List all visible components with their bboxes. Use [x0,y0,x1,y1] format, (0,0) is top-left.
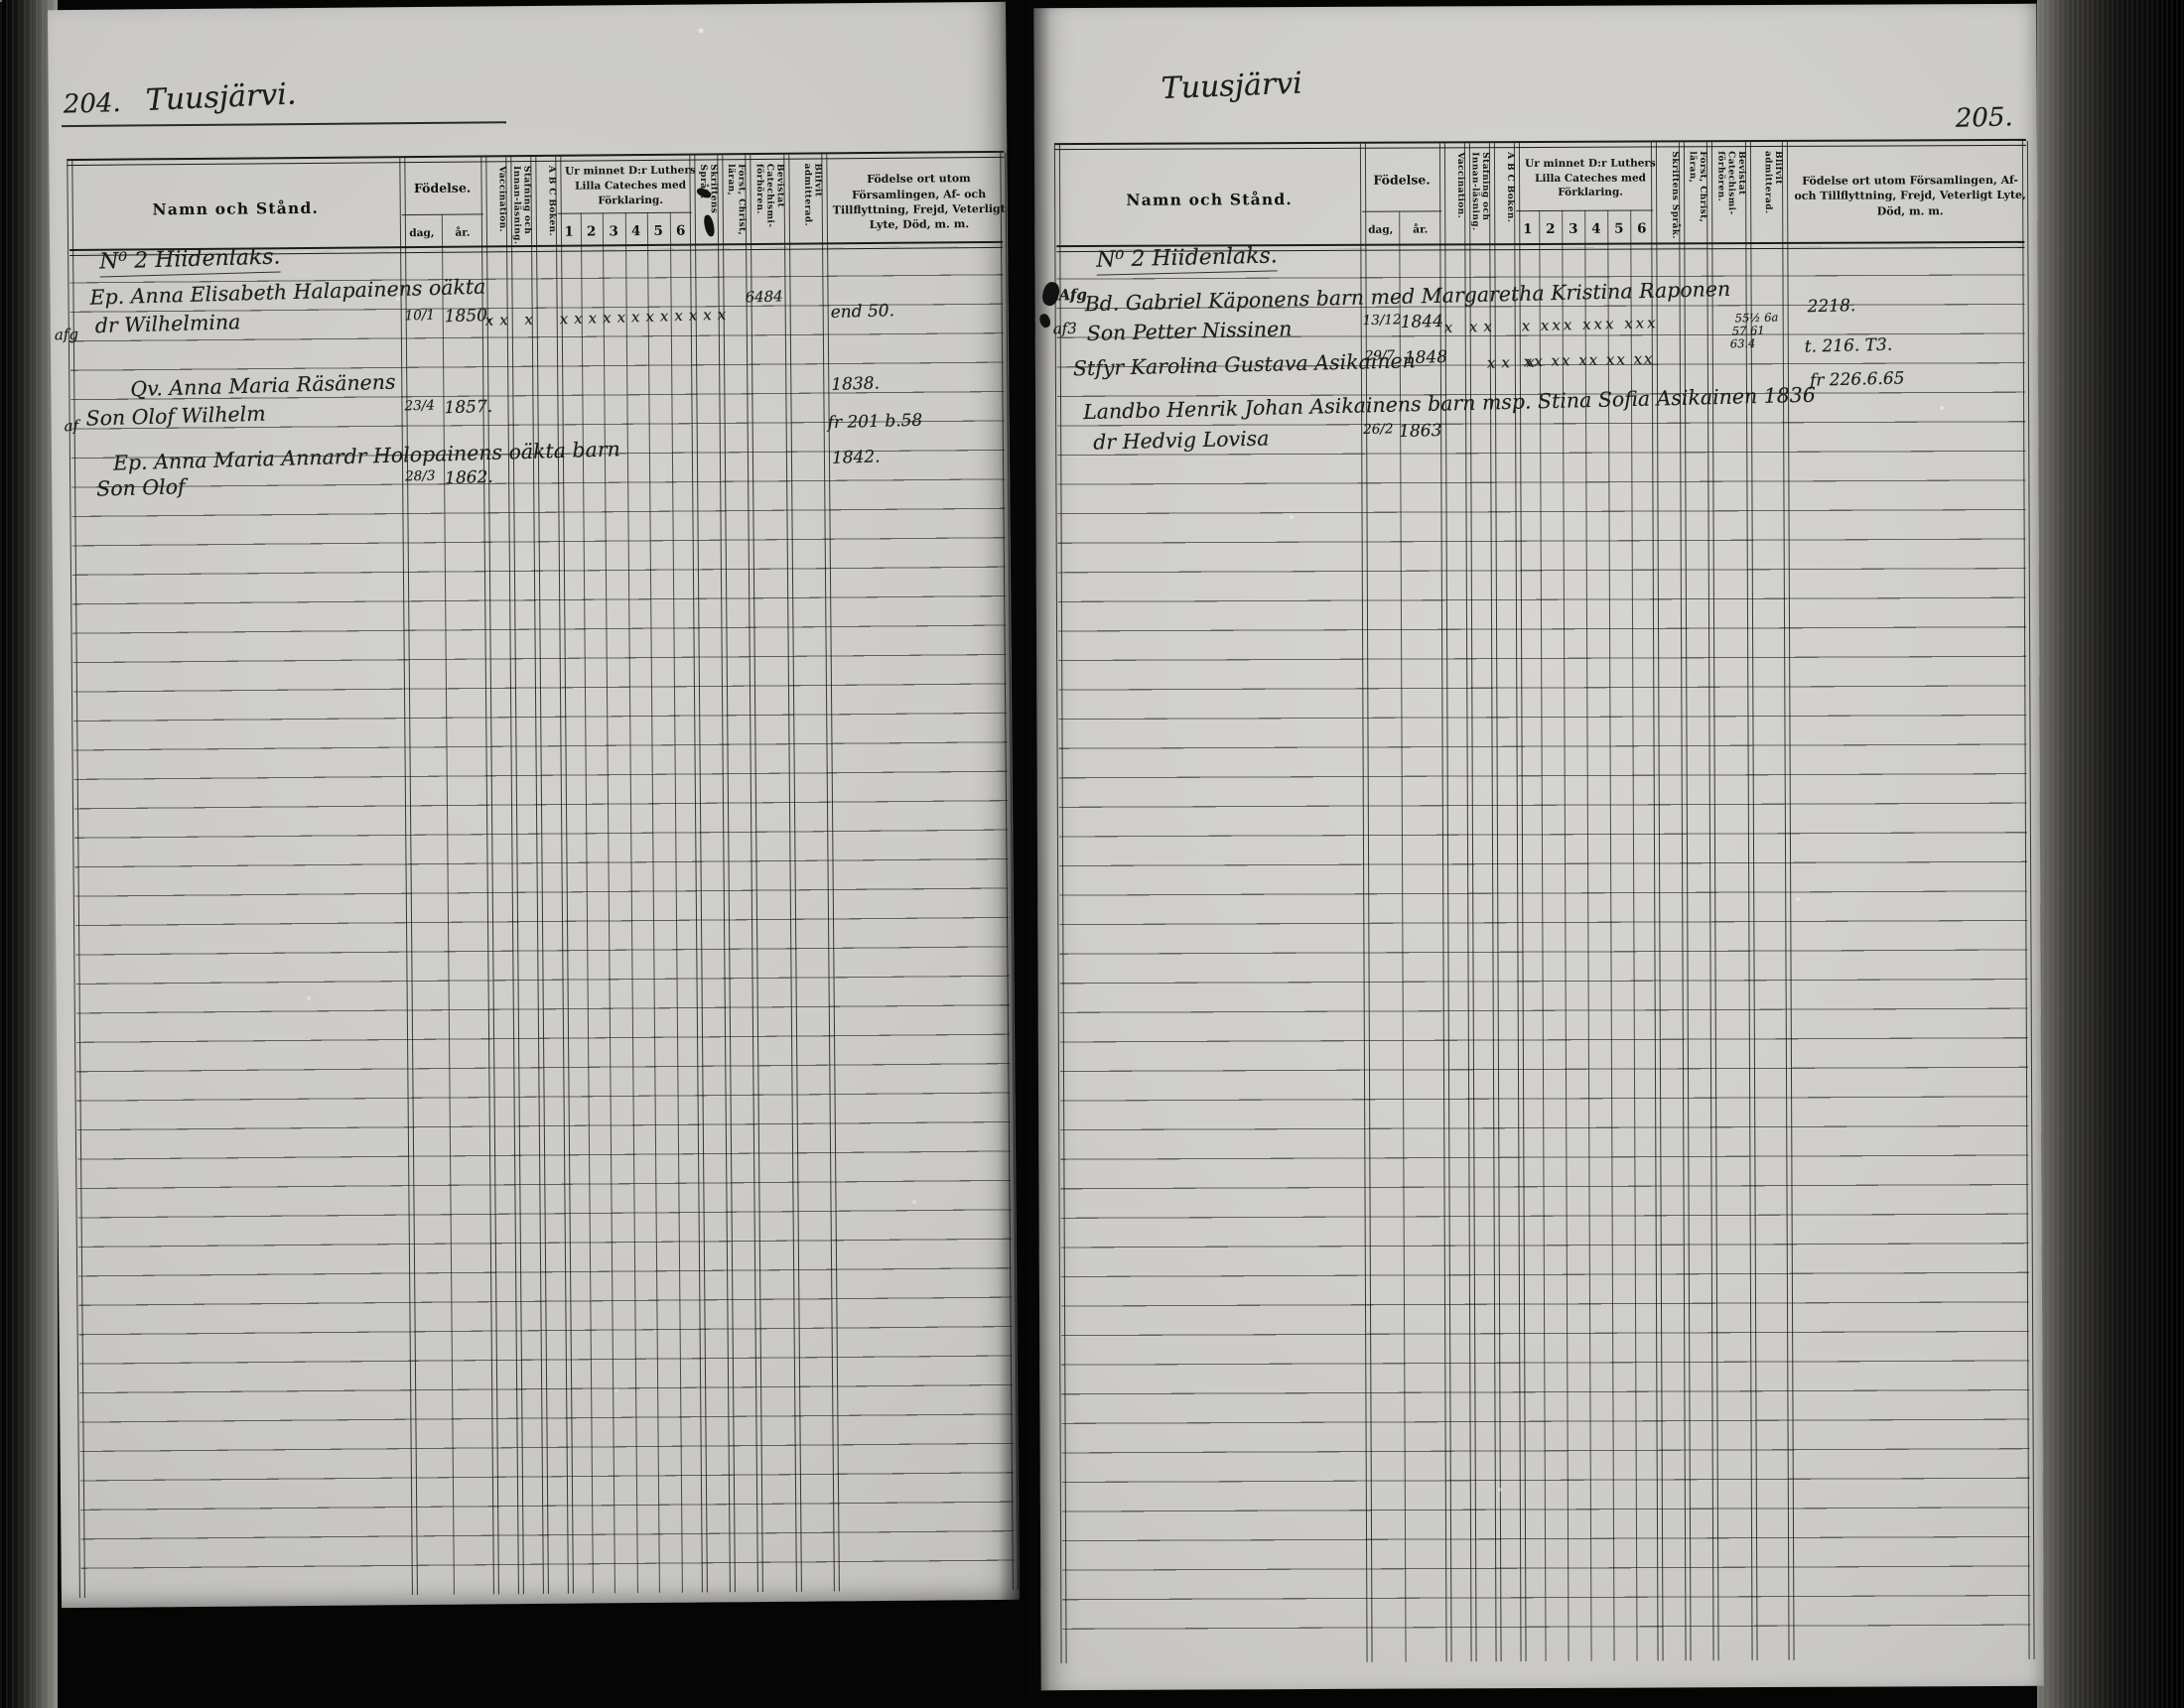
margin-mark: Afg [1058,286,1087,305]
entry-birth-day: 29/7 [1365,347,1396,364]
section-heading: N⁰ 2 Hiidenlaks. [1096,243,1278,275]
vaccination-marks: xx x [484,310,539,329]
col-header-catechism-6: 6 [1630,209,1653,247]
entry-birth-year: 1857. [444,397,492,418]
catechism-marks: x xxx xxx xxx [1522,314,1659,334]
col-header-catechism: Ur minnet D:r Luthers Lilla Cateches med… [1516,146,1665,210]
catechism-marks: xx xx xx xx xx [1524,349,1655,370]
col-header-vaccination: Vaccination. [1443,152,1465,243]
col-header-birth-year: år. [1399,210,1441,248]
left-page: 204. Tuusjärvi. N⁰ 2 Hiidenlaks. Ep. Ann… [48,2,1020,1608]
col-header-spelling: Stafning och Innan-läsning. [509,166,532,245]
col-header-catechism-5: 5 [1607,210,1630,248]
col-header-catechism-6: 6 [669,212,692,249]
margin-mark: af [64,417,78,435]
church-record-book-scan: 204. Tuusjärvi. N⁰ 2 Hiidenlaks. Ep. Ann… [0,0,2184,1708]
entry-name: Son Olof [96,474,186,500]
margin-mark: afg [55,326,79,344]
col-header-catechism-5: 5 [647,212,670,249]
col-header-birth: Födelse. [1362,147,1441,210]
col-header-birth-day: dag, [1362,211,1399,249]
margin-mark: af3 [1053,320,1077,338]
col-header-birthplace: Födelse ort utom Församlingen, Af- och T… [1784,145,2036,247]
col-header-catechism-3: 3 [1562,210,1584,248]
entry-birth-year: 1863 [1399,421,1442,442]
col-header-scripture: Skriftens Språk. [1655,151,1680,242]
book-right-edge [2037,0,2184,1708]
col-header-birthplace: Födelse ort utom Församlingen, Af- och T… [823,157,1015,248]
col-header-admitted: Blifvit admitterad. [1749,151,1783,242]
right-page: Tuusjärvi 205. N⁰ 2 Hiidenlaks. Afg Bd. … [1033,4,2043,1690]
col-header-christianity: Först, Christ, läran, [1683,151,1707,242]
entry-birth-year: 1848 [1405,347,1448,368]
entry-birth-day: 23/4 [404,398,435,415]
col-header-birth: Födelse. [401,161,482,214]
col-header-birth-day: dag, [402,214,442,251]
entry-birth-day: 28/3 [405,468,436,485]
entry-birth-day: 13/12 [1362,312,1401,328]
col-header-birth-year: år. [442,213,483,250]
page-number: 205. [1955,102,2013,133]
col-header-catechism-2: 2 [1539,210,1562,248]
entry-birth-year: 1862. [445,467,493,488]
col-header-abc: A B C Boken. [534,166,557,245]
col-header-catechism-3: 3 [603,212,625,249]
entry-name: dr Hedvig Lovisa [1093,426,1270,454]
page-title-script: Tuusjärvi. [145,76,297,118]
col-header-catechism: Ur minnet D:r Luthers Lilla Cateches med… [557,159,703,212]
entry-note: fr 201 b.58 [827,411,922,434]
entry-name: Son Olof Wilhelm [85,402,266,431]
attended-entry: 6484 [745,287,783,306]
entry-birth-year: 1844 [1400,312,1443,332]
entry-name: Son Petter Nissinen [1086,317,1292,345]
col-header-catechism-1: 1 [558,213,581,250]
col-header-attended: Bevistat Catechismi-förhören. [749,164,785,243]
binding-gutter [999,0,1050,1697]
col-header-catechism-4: 4 [624,212,647,249]
col-header-catechism-1: 1 [1516,210,1539,248]
col-header-catechism-4: 4 [1584,210,1607,248]
col-header-spelling: Stafning och Innan-läsning. [1468,152,1490,243]
entry-birth-day: 10/1 [404,308,435,325]
entry-note: 1842. [832,447,881,467]
title-underline [62,121,506,127]
col-header-catechism-2: 2 [580,212,603,249]
section-heading: N⁰ 2 Hiidenlaks. [99,244,281,277]
dust-specks [0,0,2,2]
entry-name: dr Wilhelmina [94,310,240,337]
col-header-abc: A B C Boken. [1493,152,1515,243]
col-header-attended: Bevistat Catechismi-förhören. [1710,151,1746,242]
col-header-name: Namn och Stånd. [1056,148,1362,250]
entry-note: fr 226.6.65 [1810,368,1905,390]
col-header-name: Namn och Stånd. [68,162,402,254]
attended-entry: 63.4 [1730,336,1756,351]
col-header-christianity: Först, Christ, läran, [721,164,747,243]
col-header-admitted: Blifvit admitterad. [787,163,823,242]
col-header-vaccination: Vaccination. [484,166,507,245]
entry-note: 1838. [831,373,880,394]
entry-birth-day: 26/2 [1363,421,1394,438]
entry-note: end 50. [830,301,894,323]
entry-note: 2218. [1807,296,1855,317]
entry-note: t. 216. T3. [1805,335,1893,357]
page-title-script: Tuusjärvi [1160,66,1302,107]
page-number: 204. [63,88,121,120]
vaccination-marks: x xx [1444,318,1499,336]
